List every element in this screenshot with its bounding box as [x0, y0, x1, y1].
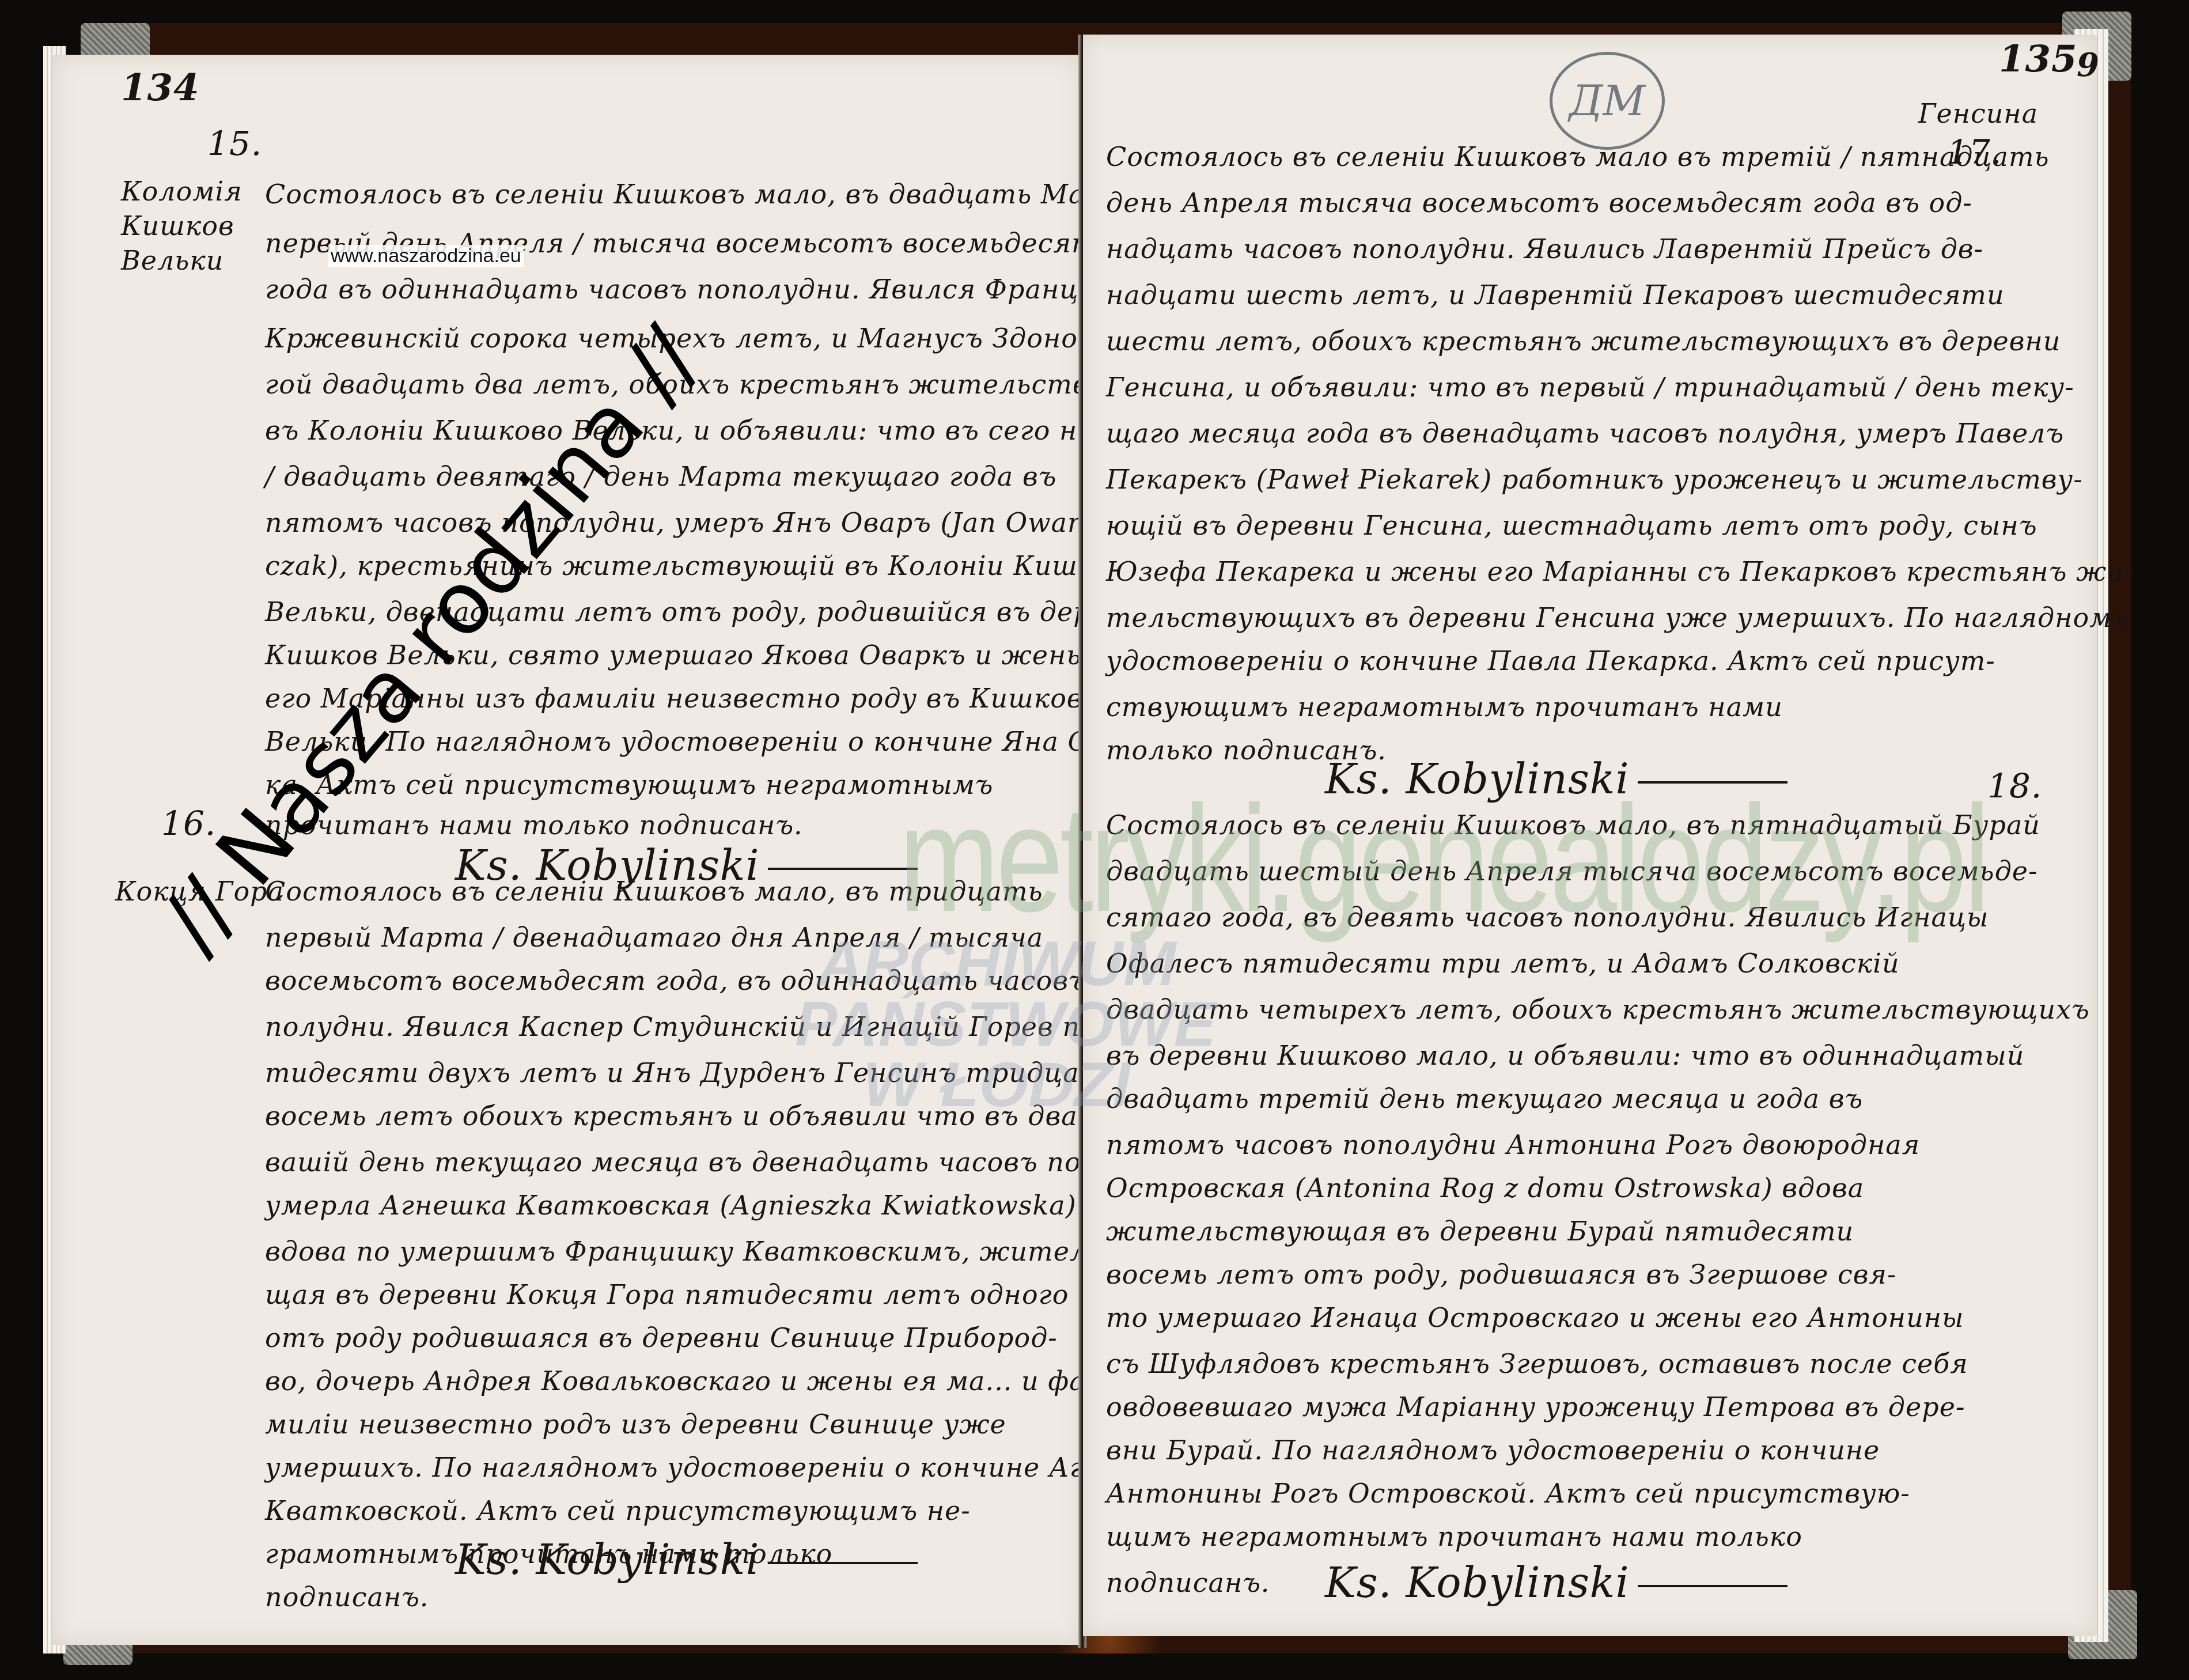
text-line: миліи неизвестно родъ изъ деревни Свиниц… — [265, 1409, 1006, 1440]
site-url-watermark: www.naszarodzina.eu — [328, 245, 524, 267]
text-line: ющій въ деревни Генсина, шестнадцать лет… — [1106, 510, 2037, 541]
text-line: Состоялось въ селеніи Кишковъ мало, въ д… — [265, 179, 1145, 210]
text-line: года въ одиннадцать часовъ пополудни. Яв… — [265, 274, 1146, 305]
priest-signature: Ks. Kobylinski — [455, 1535, 918, 1584]
text-line: вни Бурай. По наглядномъ удостовереніи о… — [1106, 1435, 1880, 1466]
text-line: пятомъ часовъ пополудни, умеръ Янъ Оваръ… — [265, 507, 1090, 538]
text-line: czak), крестьянинъ жительствующій въ Кол… — [265, 550, 1143, 581]
archive-watermark-line: ARCHIWUM — [795, 933, 1198, 994]
margin-note: Генсина — [1918, 98, 2038, 129]
text-line: восемь летъ отъ роду, родившаяся въ Згер… — [1106, 1259, 1897, 1290]
text-line: во, дочерь Андрея Ковальковскаго и жены … — [265, 1365, 1095, 1397]
text-line: удостовереніи о кончине Павла Пекарка. А… — [1106, 645, 1995, 676]
page-number: 134 — [121, 66, 200, 109]
text-line: Офалесъ пятидесяти три летъ, и Адамъ Сол… — [1106, 948, 1900, 979]
text-line: надцати шесть летъ, и Лаврентій Пекаровъ… — [1106, 279, 2005, 311]
margin-note: Кишков — [121, 210, 234, 241]
text-line: умершихъ. По наглядномъ удостовереніи о … — [265, 1452, 1177, 1483]
text-line: пятомъ часовъ пополудни Антонина Рогъ дв… — [1106, 1129, 1920, 1160]
text-line: шести летъ, обоихъ крестьянъ жительствую… — [1106, 326, 2061, 357]
text-line: день Апреля тысяча восемьсотъ восемьдеся… — [1106, 187, 1972, 218]
text-line: двадцать четырехъ летъ, обоихъ крестьянъ… — [1106, 994, 2090, 1025]
text-line: Юзефа Пекарека и жены его Маріанны съ Пе… — [1106, 556, 2134, 587]
archive-watermark: ARCHIWUM PAŃSTWOWE W ŁODZI — [795, 933, 1198, 1115]
text-line: Антонины Рогъ Островской. Актъ сей прису… — [1106, 1478, 1910, 1509]
text-line: вашій день текущаго месяца въ двенадцать… — [265, 1147, 1124, 1178]
folio-mark: 9 — [2077, 46, 2100, 84]
text-line: съ Шуфлядовъ крестьянъ Згершовъ, оставив… — [1106, 1348, 1968, 1379]
text-line: подписанъ. — [1106, 1567, 1270, 1598]
text-line: тельствующихъ въ деревни Генсина уже уме… — [1106, 602, 2130, 633]
text-line: щаго месяца года въ двенадцать часовъ по… — [1106, 418, 2064, 449]
text-line: отъ роду родившаяся въ деревни Свинице П… — [265, 1322, 1058, 1353]
text-line: щая въ деревни Кокця Гора пятидесяти лет… — [265, 1279, 1069, 1310]
text-line: подписанъ. — [265, 1581, 429, 1613]
entry-number: 18. — [1987, 766, 2042, 805]
text-line: надцать часовъ пополудни. Явились Лаврен… — [1106, 233, 1983, 264]
text-line: Пекарекъ (Paweł Piekarek) работникъ урож… — [1106, 464, 2083, 495]
text-line: щимъ неграмотнымъ прочитанъ нами только — [1106, 1521, 1802, 1552]
archive-watermark-line: PAŃSTWOWE — [795, 994, 1198, 1054]
text-line: Состоялось въ селеніи Кишковъ мало въ тр… — [1106, 141, 2050, 172]
text-line: въ Колоніи Кишково Вельки, и объявили: ч… — [265, 415, 1187, 446]
text-line: въ деревни Кишково мало, и объявили: что… — [1106, 1040, 2024, 1071]
text-line: Кржевинскій сорока четырехъ летъ, и Магн… — [265, 323, 1181, 354]
margin-note: Вельки — [121, 245, 224, 276]
text-line: Кватковской. Актъ сей присутствующимъ не… — [265, 1495, 971, 1526]
text-line: вдова по умершимъ Францишку Кватковскимъ… — [265, 1236, 1209, 1267]
text-line: ствующимъ неграмотнымъ прочитанъ нами — [1106, 691, 1783, 722]
text-line: / двадцать девятаго / день Марта текущаг… — [265, 461, 1056, 492]
text-line: жительствующая въ деревни Бурай пятидеся… — [1106, 1216, 1854, 1247]
margin-note: Коломія — [121, 176, 243, 207]
archive-watermark-line: W ŁODZI — [795, 1054, 1198, 1115]
text-line: то умершаго Игнаца Островскаго и жены ег… — [1106, 1302, 1964, 1333]
text-line: двадцать третій день текущаго месяца и г… — [1106, 1083, 1863, 1114]
ink-stamp: ДМ — [1550, 52, 1665, 150]
page-number: 135 — [1999, 37, 2078, 81]
priest-signature: Ks. Kobylinski — [1325, 1558, 1787, 1607]
genealodzy-watermark: metryki.genealodzy.pl — [899, 772, 1987, 947]
text-line: гой двадцать два летъ, обоихъ крестьянъ … — [265, 369, 1207, 400]
entry-number: 15. — [207, 124, 262, 163]
text-line: Генсина, и объявили: что въ первый / три… — [1106, 372, 2074, 403]
text-line: Островская (Antonina Rog z domu Ostrowsk… — [1106, 1172, 1864, 1204]
text-line: овдовевшаго мужа Маріанну уроженцу Петро… — [1106, 1391, 1965, 1422]
